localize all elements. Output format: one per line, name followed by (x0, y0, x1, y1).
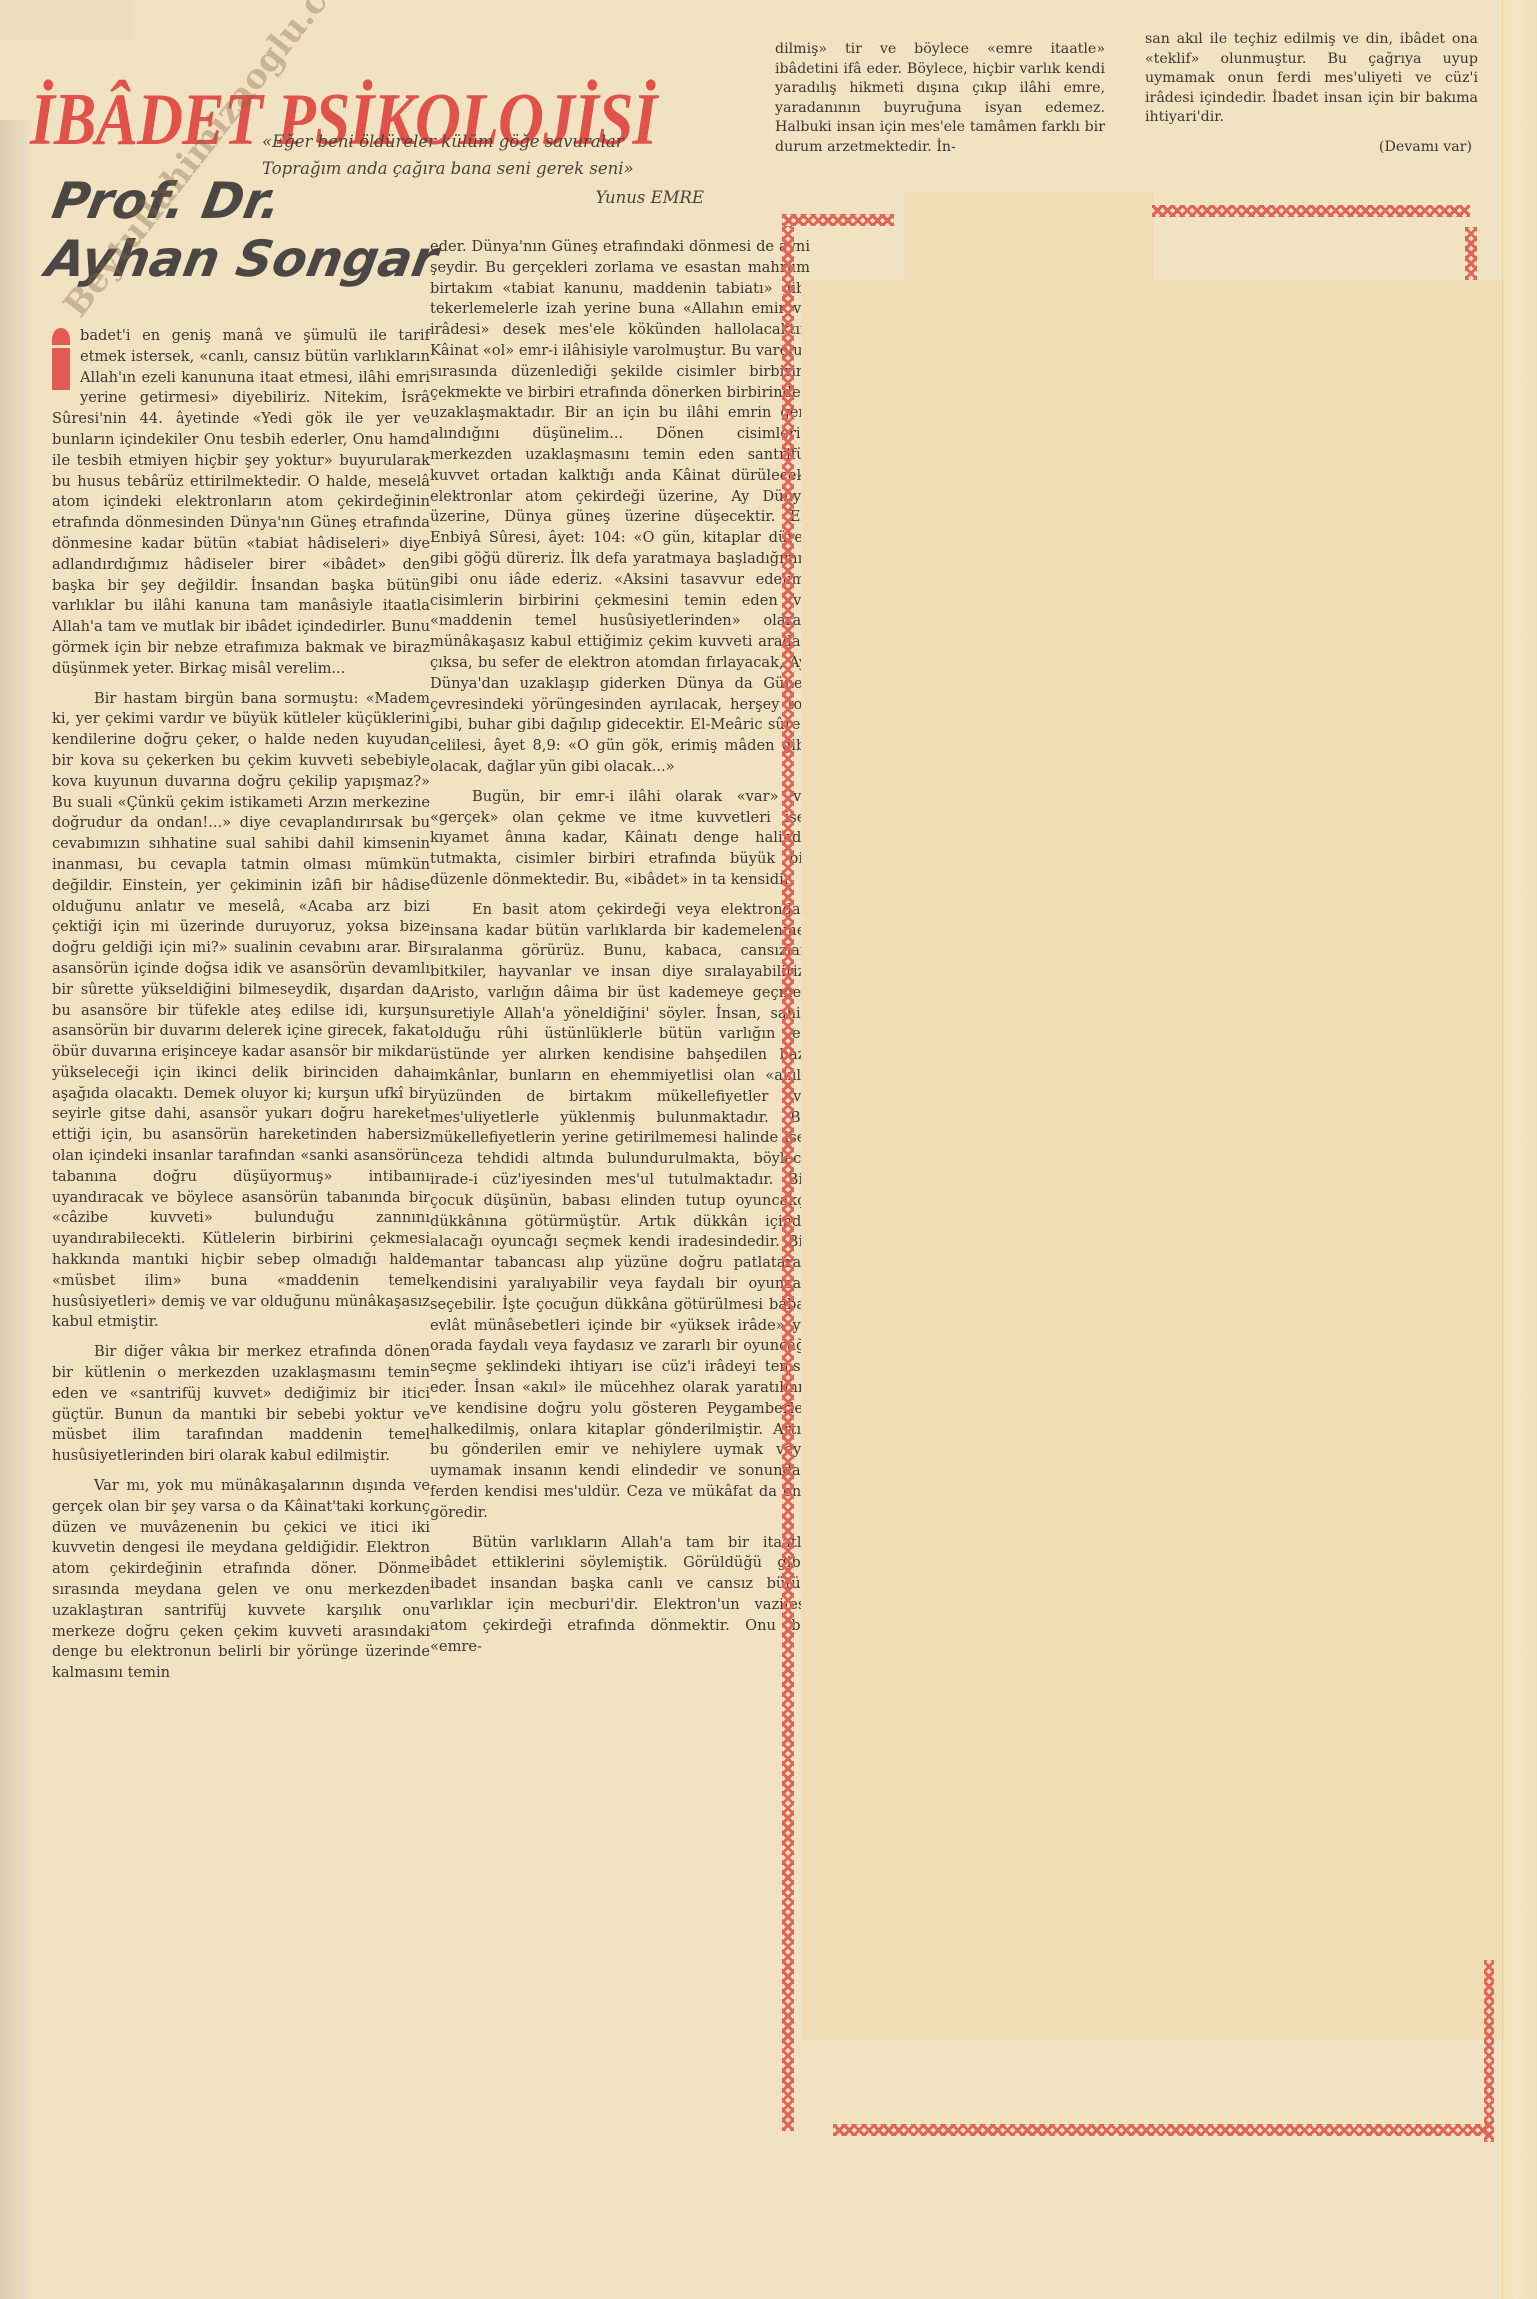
paragraph: eder. Dünya'nın Güneş etrafındaki dönmes… (430, 237, 810, 778)
frame-border-top-left (782, 214, 894, 226)
column-1: badet'i en geniş manâ ve şümulü ile tari… (52, 326, 430, 1684)
paragraph: dilmiş» tir ve böylece «emre itaatle» ib… (775, 40, 1105, 158)
dropcap-letter (52, 330, 70, 390)
paragraph: Bugün, bir emr-i ilâhi olarak «var» ve «… (430, 787, 810, 891)
blank-area-top (904, 192, 1154, 282)
column-4: san akıl ile teçhiz edilmiş ve din, ibâd… (1145, 30, 1478, 158)
frame-border-left (782, 226, 794, 2131)
paper-corner-patch (0, 0, 132, 40)
paragraph: Bütün varlıkların Allah'a tam bir itaatl… (430, 1533, 810, 1658)
blank-area (801, 280, 1501, 2040)
frame-border-top-right (1152, 205, 1470, 217)
paragraph: badet'i en geniş manâ ve şümulü ile tari… (52, 326, 430, 680)
epigraph-line-1: «Eğer beni öldüreler külüm göğe savurala… (262, 128, 752, 155)
paragraph: En basit atom çekirdeği veya elektrondan… (430, 900, 810, 1524)
column-2: eder. Dünya'nın Güneş etrafındaki dönmes… (430, 237, 810, 1657)
frame-border-right-lower (1484, 1960, 1494, 2142)
paper-right-edge (1502, 0, 1537, 2299)
paragraph: Var mı, yok mu münâkaşalarının dışında v… (52, 1476, 430, 1684)
continued-note: (Devamı var) (1145, 138, 1478, 158)
paragraph: san akıl ile teçhiz edilmiş ve din, ibâd… (1145, 30, 1478, 128)
frame-border-bottom (833, 2124, 1489, 2136)
author-title: Prof. Dr. (48, 172, 452, 230)
paragraph: Bir hastam birgün bana sormuştu: «Madem … (52, 689, 430, 1334)
paper-edge-shadow (0, 120, 28, 2299)
column-3: dilmiş» tir ve böylece «emre itaatle» ib… (775, 40, 1105, 158)
paragraph: Bir diğer vâkıa bir merkez etrafında dön… (52, 1342, 430, 1467)
